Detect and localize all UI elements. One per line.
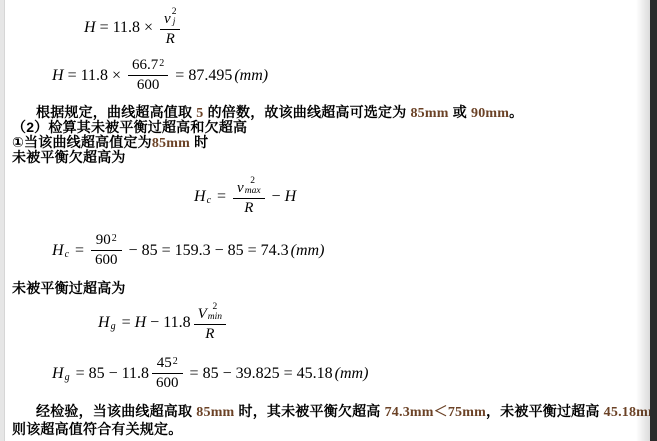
value-85mm: 85mm: [152, 136, 190, 151]
math-denominator: R: [233, 198, 265, 217]
math-equals: =: [75, 242, 84, 260]
page-edge-shadow: [636, 0, 650, 441]
fraction: v2j R: [160, 8, 180, 48]
math-symbol: V: [198, 306, 207, 323]
math-number: 159.3: [175, 242, 211, 260]
math-coefficient: 11.8: [113, 19, 140, 37]
math-minus: −: [215, 242, 224, 260]
value-85mm: 85mm: [196, 405, 234, 420]
math-subscript: max: [245, 187, 261, 197]
math-minus: −: [150, 314, 159, 332]
value-deficient-check: 74.3mm＜75mm: [385, 405, 486, 420]
math-subscript: j: [172, 18, 177, 28]
math-number: 90: [96, 232, 111, 249]
document-page: H = 11.8 × v2j R H = 11.8 × 66.72 600 = …: [0, 0, 657, 441]
math-denominator: 600: [128, 75, 168, 94]
math-symbol: H: [84, 19, 96, 37]
formula-excess-calculated: H g = 85 − 11.8 452 600 = 85 − 39.825 = …: [52, 355, 368, 392]
math-symbol: H: [52, 365, 64, 383]
text-segment: 时: [190, 134, 208, 150]
math-symbol: H: [194, 188, 206, 206]
math-symbol: H: [135, 314, 147, 332]
formula-excess-general: H g = H − 11.8 V2min R: [98, 303, 229, 343]
math-minus: −: [272, 188, 281, 206]
math-number: 85: [142, 242, 158, 260]
math-result: 74.3: [261, 242, 289, 260]
text-segment: 的倍数，故该曲线超高可选定为: [204, 104, 411, 120]
math-symbol: v: [164, 11, 171, 28]
math-symbol: H: [285, 188, 297, 206]
text-segment: 或: [449, 104, 471, 120]
value-90mm: 90mm: [471, 106, 509, 121]
math-minus: −: [109, 365, 118, 383]
math-subscript: g: [65, 372, 70, 383]
math-symbol: H: [52, 67, 64, 85]
fraction: 452 600: [152, 355, 183, 392]
math-minus: −: [129, 242, 138, 260]
math-superscript: 2: [112, 233, 117, 244]
text-segment: 经检验，当该曲线超高取: [36, 403, 196, 419]
paragraph-conclusion-line1: 经检验，当该曲线超高取 85mm 时，其未被平衡欠超高 74.3mm＜75mm，…: [36, 404, 657, 420]
math-unit: (mm): [234, 67, 268, 85]
math-unit: (mm): [291, 242, 325, 260]
app-background-strip: [650, 0, 657, 441]
math-subscript: g: [111, 321, 116, 332]
math-denominator: R: [160, 29, 180, 48]
page-left-margin-strip: [0, 0, 5, 441]
math-equals: =: [122, 314, 131, 332]
fraction: 66.72 600: [128, 57, 168, 94]
math-number: 45: [157, 355, 172, 372]
math-result: 87.495: [188, 67, 232, 85]
math-symbol: H: [52, 242, 64, 260]
math-coefficient: 11.8: [81, 67, 108, 85]
text-segment: ，未被平衡过超高: [486, 403, 604, 419]
label-deficient-superelevation: 未被平衡欠超高为: [12, 150, 126, 165]
fraction: v2max R: [233, 177, 265, 217]
math-number: 85: [228, 242, 244, 260]
math-equals: =: [162, 242, 171, 260]
math-subscript: c: [65, 249, 69, 260]
paragraph-conclusion-line2: 则该超高值符合有关规定。: [12, 422, 182, 437]
math-unit: (mm): [335, 365, 369, 383]
formula-superelevation-general: H = 11.8 × v2j R: [84, 8, 183, 48]
fraction: 902 600: [91, 232, 122, 269]
math-subscript: c: [207, 195, 211, 206]
math-result: 45.18: [297, 365, 333, 383]
formula-deficient-general: H c = v2max R − H: [194, 177, 296, 217]
math-equals: =: [284, 365, 293, 383]
formula-superelevation-calculated: H = 11.8 × 66.72 600 = 87.495 (mm): [52, 57, 268, 94]
math-multiply: ×: [144, 19, 153, 37]
heading-check-unbalanced: （2）检算其未被平衡过超高和欠超高: [12, 120, 247, 135]
value-85mm: 85mm: [410, 106, 448, 121]
math-equals: =: [100, 19, 109, 37]
math-subscript: min: [208, 313, 222, 323]
math-denominator: 600: [91, 250, 122, 269]
math-equals: =: [190, 365, 199, 383]
math-denominator: R: [194, 324, 226, 343]
math-number: 85: [89, 365, 105, 383]
math-equals: =: [76, 365, 85, 383]
text-segment: 。: [509, 104, 523, 120]
formula-deficient-calculated: H c = 902 600 − 85 = 159.3 − 85 = 74.3 (…: [52, 232, 324, 269]
text-segment: ①当该曲线超高值定为: [12, 134, 152, 150]
math-superscript: 2: [173, 356, 178, 367]
math-equals: =: [248, 242, 257, 260]
math-coefficient: 11.8: [122, 365, 149, 383]
math-number: 66.7: [132, 57, 158, 74]
math-superscript: 2: [159, 58, 164, 69]
text-segment: 时，其未被平衡欠超高: [234, 403, 384, 419]
math-number: 39.825: [236, 365, 280, 383]
math-symbol: v: [237, 180, 244, 197]
math-equals: =: [217, 188, 226, 206]
text-segment: 根据规定，曲线超高值取: [36, 104, 196, 120]
fraction: V2min R: [194, 303, 226, 343]
math-equals: =: [68, 67, 77, 85]
math-coefficient: 11.8: [163, 314, 190, 332]
math-minus: −: [223, 365, 232, 383]
label-excess-superelevation: 未被平衡过超高为: [12, 281, 126, 296]
math-equals: =: [175, 67, 184, 85]
math-number: 85: [203, 365, 219, 383]
math-denominator: 600: [152, 373, 183, 392]
math-symbol: H: [98, 314, 110, 332]
math-multiply: ×: [112, 67, 121, 85]
